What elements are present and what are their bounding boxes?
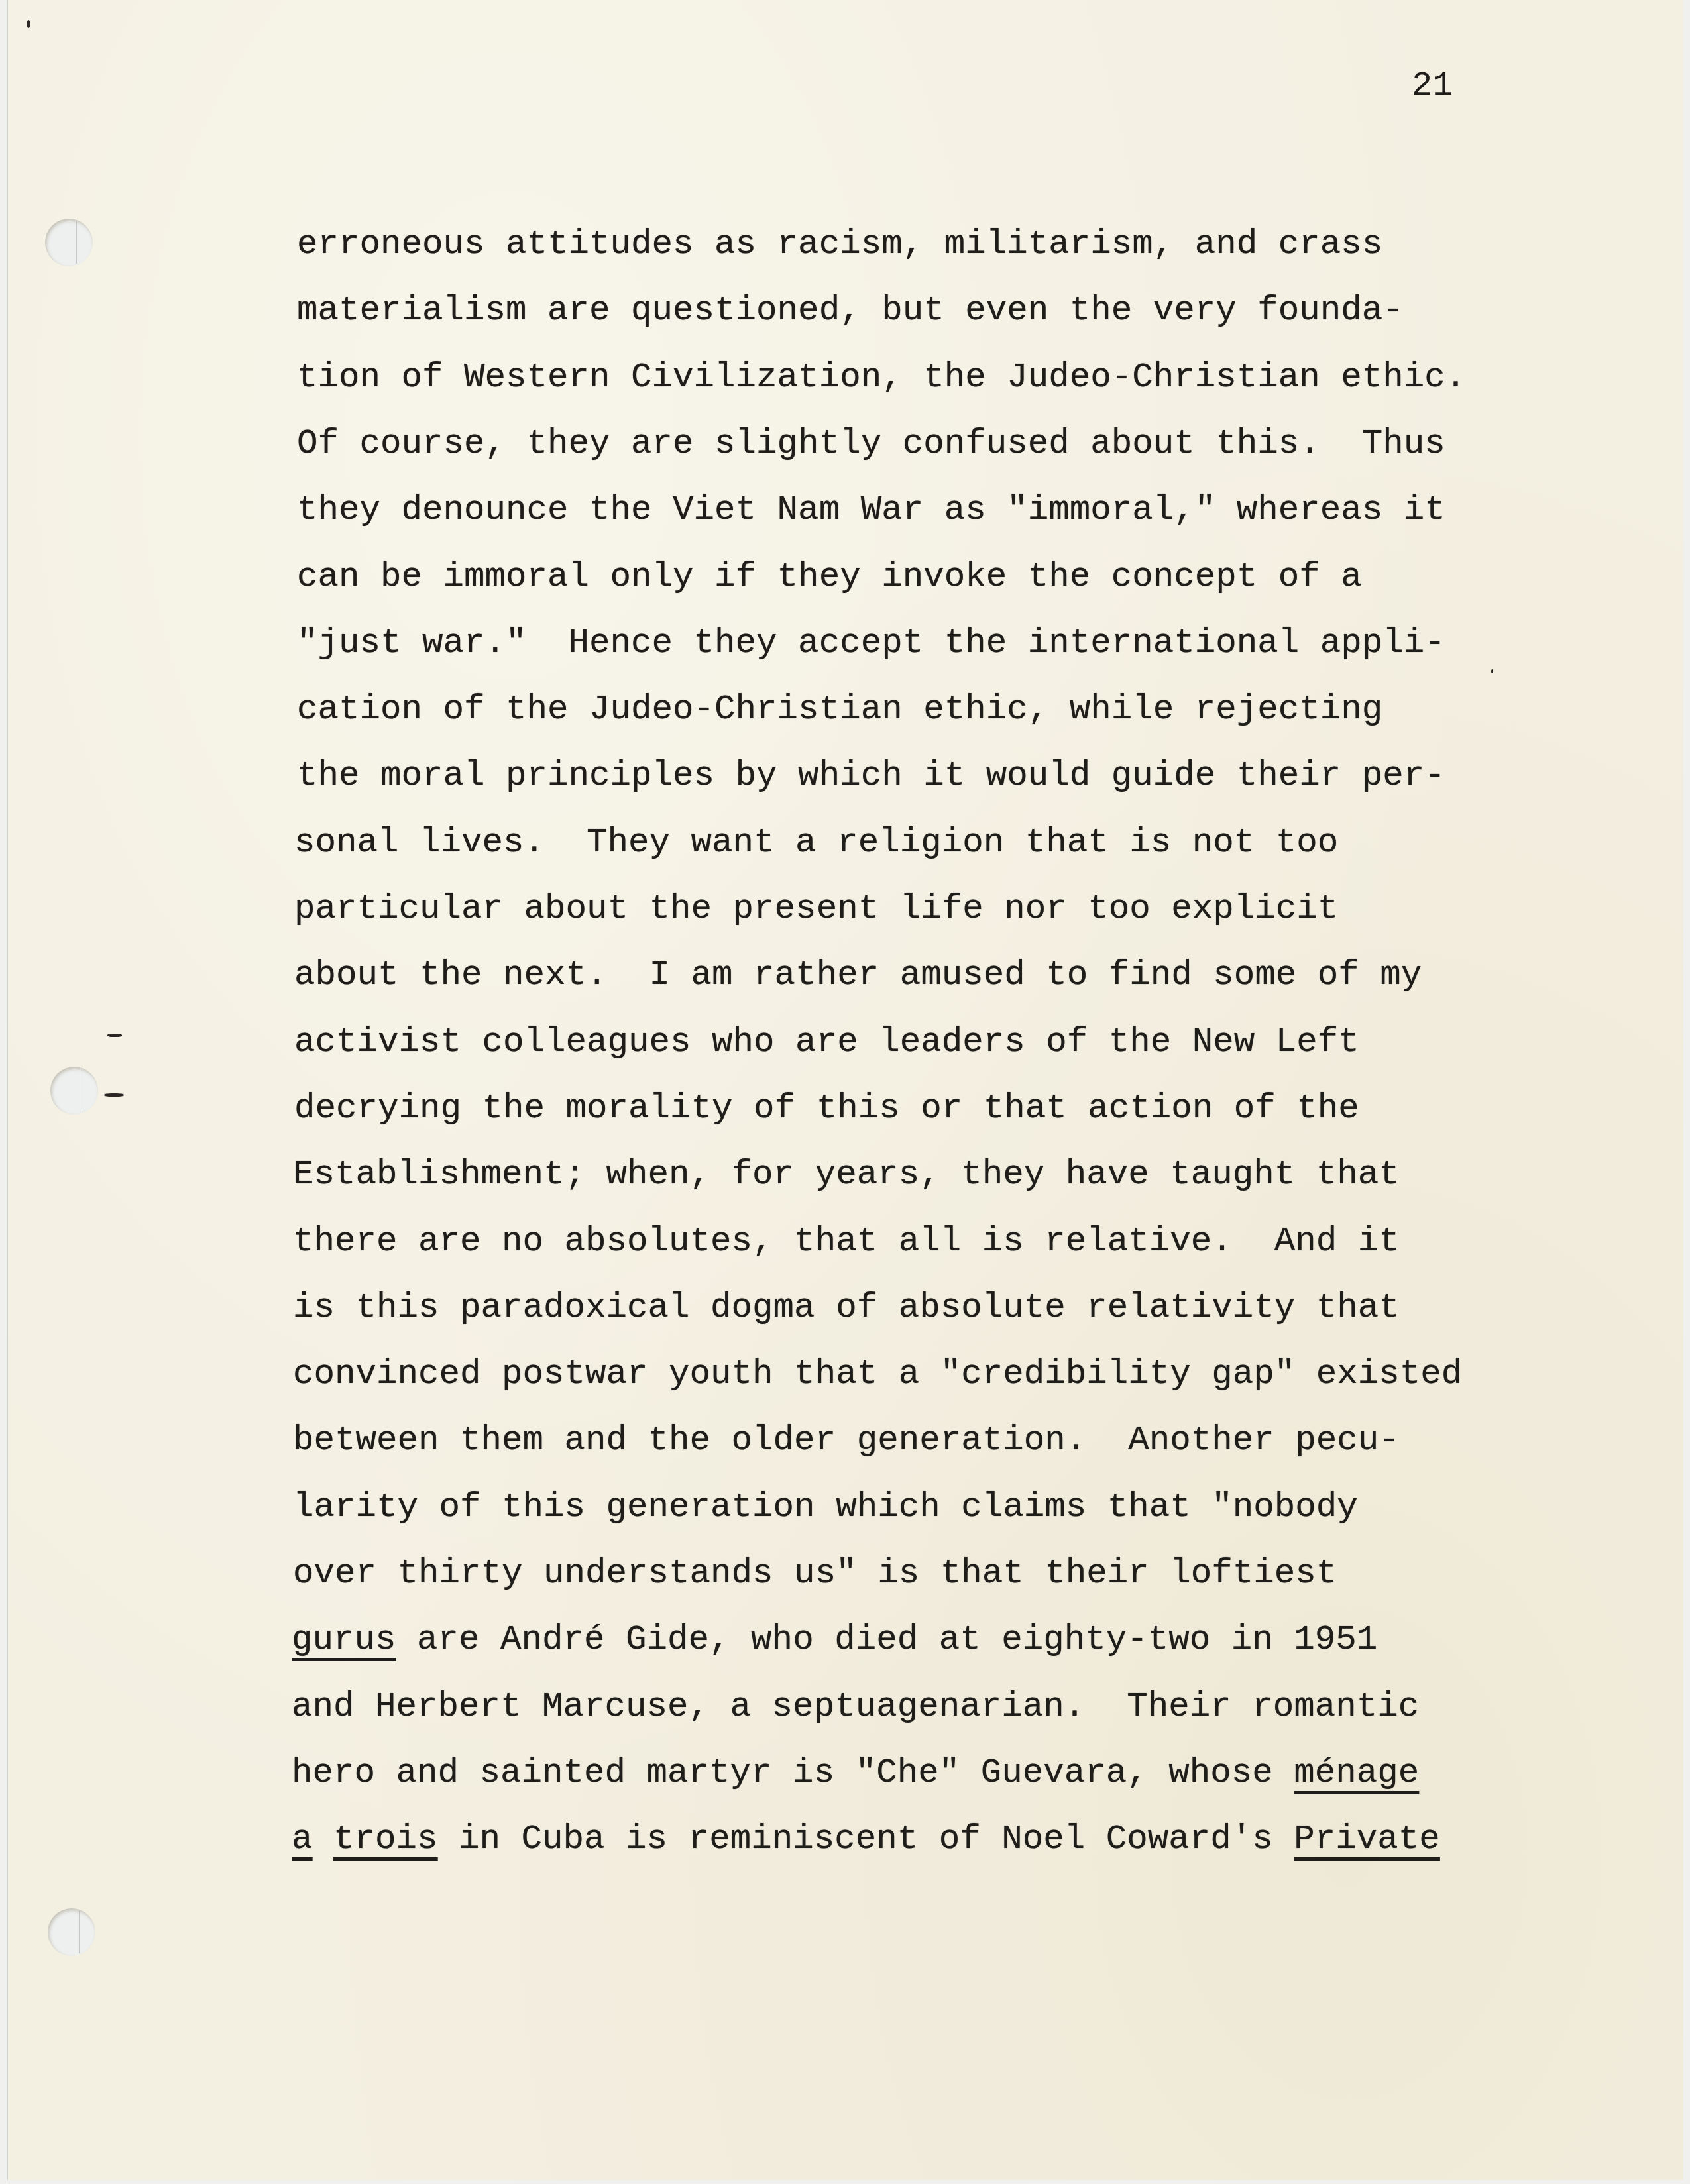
text-line: Of course, they are slightly confused ab…	[297, 423, 1445, 463]
text-segment: over thirty understands us" is that thei…	[293, 1553, 1337, 1593]
text-segment: "just war." Hence they accept the intern…	[297, 623, 1445, 663]
text-segment	[313, 1819, 334, 1859]
underlined-term: Private	[1294, 1819, 1440, 1859]
text-segment: are André Gide, who died at eighty-two i…	[396, 1619, 1378, 1659]
text-segment: activist colleagues who are leaders of t…	[294, 1022, 1359, 1062]
ink-speck	[107, 1034, 122, 1037]
text-line: can be immoral only if they invoke the c…	[297, 557, 1362, 596]
text-segment: can be immoral only if they invoke the c…	[297, 557, 1362, 596]
text-line: between them and the older generation. A…	[293, 1420, 1400, 1460]
binder-hole-top	[45, 219, 93, 266]
text-line: hero and sainted martyr is "Che" Guevara…	[292, 1753, 1419, 1792]
underlined-term: a	[292, 1819, 313, 1859]
text-line: erroneous attitudes as racism, militaris…	[297, 224, 1382, 264]
ink-speck	[1491, 669, 1493, 673]
text-line: materialism are questioned, but even the…	[297, 290, 1404, 330]
text-segment: tion of Western Civilization, the Judeo-…	[297, 357, 1466, 397]
text-segment: sonal lives. They want a religion that i…	[294, 822, 1338, 862]
document-page: 21 erroneous attitudes as racism, milita…	[8, 0, 1683, 2180]
text-line: and Herbert Marcuse, a septuagenarian. T…	[292, 1686, 1419, 1726]
binder-hole-middle	[50, 1067, 98, 1115]
text-segment: Establishment; when, for years, they hav…	[293, 1154, 1400, 1194]
underlined-term: trois	[333, 1819, 438, 1859]
text-line: tion of Western Civilization, the Judeo-…	[297, 357, 1466, 397]
text-line: sonal lives. They want a religion that i…	[294, 822, 1338, 862]
text-segment: particular about the present life nor to…	[294, 889, 1338, 928]
text-line: "just war." Hence they accept the intern…	[297, 623, 1445, 663]
text-segment: is this paradoxical dogma of absolute re…	[293, 1287, 1400, 1327]
text-line: larity of this generation which claims t…	[293, 1487, 1358, 1527]
binder-hole-bottom	[48, 1908, 95, 1956]
text-line: they denounce the Viet Nam War as "immor…	[297, 490, 1445, 529]
text-segment: larity of this generation which claims t…	[293, 1487, 1358, 1527]
text-line: about the next. I am rather amused to fi…	[294, 955, 1422, 995]
underlined-term: gurus	[292, 1619, 396, 1659]
text-line: is this paradoxical dogma of absolute re…	[293, 1287, 1400, 1327]
text-segment: cation of the Judeo-Christian ethic, whi…	[297, 689, 1382, 729]
text-line: activist colleagues who are leaders of t…	[294, 1022, 1359, 1062]
text-segment: they denounce the Viet Nam War as "immor…	[297, 490, 1445, 529]
underlined-term: ménage	[1294, 1753, 1419, 1792]
text-segment: between them and the older generation. A…	[293, 1420, 1400, 1460]
text-segment: in Cuba is reminiscent of Noel Coward's	[438, 1819, 1294, 1859]
text-line: particular about the present life nor to…	[294, 889, 1338, 928]
text-segment: Of course, they are slightly confused ab…	[297, 423, 1445, 463]
text-segment: the moral principles by which it would g…	[297, 755, 1445, 795]
text-line: there are no absolutes, that all is rela…	[293, 1221, 1400, 1261]
ink-speck	[104, 1093, 124, 1097]
text-segment: convinced postwar youth that a "credibil…	[293, 1354, 1462, 1393]
ink-speck	[27, 20, 30, 28]
text-segment: there are no absolutes, that all is rela…	[293, 1221, 1400, 1261]
text-segment: decrying the morality of this or that ac…	[294, 1088, 1359, 1128]
text-line: gurus are André Gide, who died at eighty…	[292, 1619, 1377, 1659]
text-segment: and Herbert Marcuse, a septuagenarian. T…	[292, 1686, 1419, 1726]
text-line: a trois in Cuba is reminiscent of Noel C…	[292, 1819, 1440, 1859]
text-line: cation of the Judeo-Christian ethic, whi…	[297, 689, 1382, 729]
text-segment: materialism are questioned, but even the…	[297, 290, 1404, 330]
text-line: the moral principles by which it would g…	[297, 755, 1445, 795]
text-line: Establishment; when, for years, they hav…	[293, 1154, 1400, 1194]
text-line: decrying the morality of this or that ac…	[294, 1088, 1359, 1128]
page-number: 21	[1412, 66, 1453, 105]
text-segment: hero and sainted martyr is "Che" Guevara…	[292, 1753, 1294, 1792]
text-segment: about the next. I am rather amused to fi…	[294, 955, 1422, 995]
text-line: over thirty understands us" is that thei…	[293, 1553, 1337, 1593]
text-segment: erroneous attitudes as racism, militaris…	[297, 224, 1382, 264]
text-line: convinced postwar youth that a "credibil…	[293, 1354, 1462, 1393]
